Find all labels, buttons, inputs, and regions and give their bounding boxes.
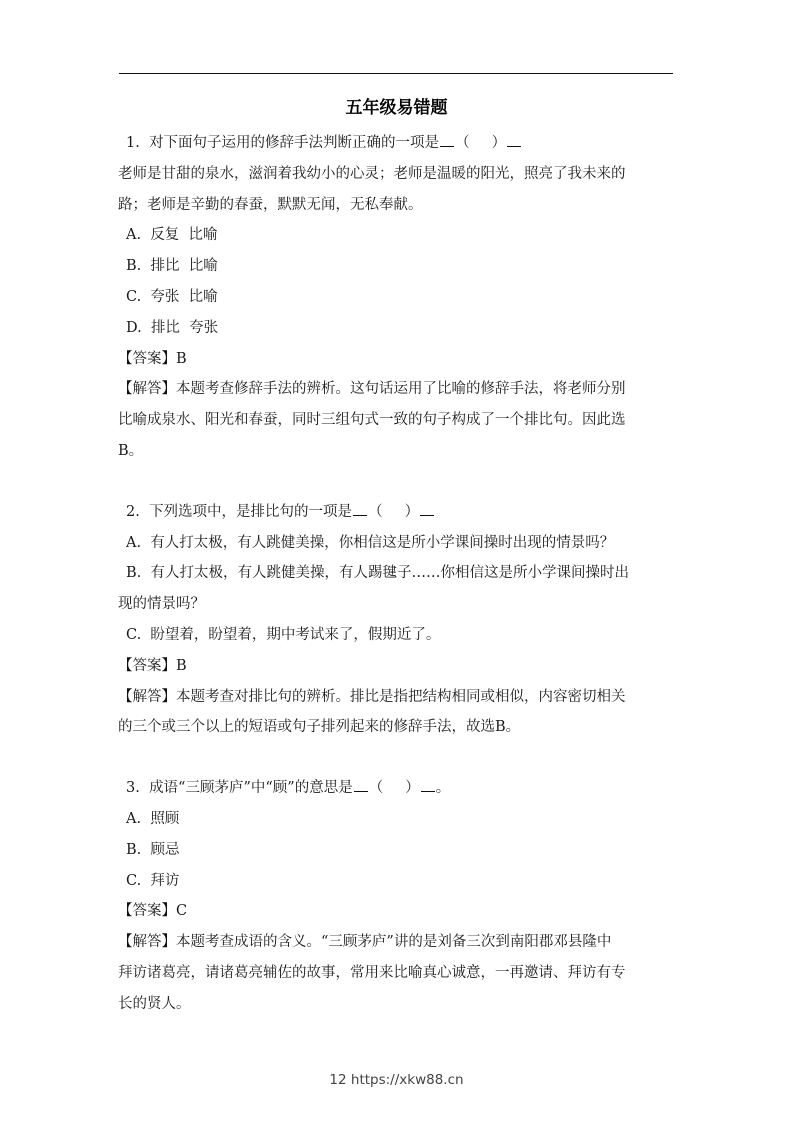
answer-label: 【答案】 [118, 351, 176, 367]
paren-close: ） [405, 504, 420, 520]
question-2: 2. 下列选项中，是排比句的一项是（） A. 有人打太极，有人跳健美操，你相信这… [118, 497, 676, 743]
option-label: A. [126, 811, 141, 827]
answer-blank [354, 777, 368, 792]
paren-close: ） [405, 780, 420, 796]
option-label: B. [126, 565, 141, 581]
answer-line: 【答案】B [118, 344, 676, 375]
explanation-line: 拜访诸葛亮，请诸葛亮辅佐的故事，常用来比喻真心诚意，一再邀请、拜访有专 [118, 958, 676, 989]
answer-blank [507, 132, 521, 147]
option-text: 照顾 [150, 811, 179, 827]
option-b: B. 顾忌 [118, 835, 676, 866]
question-number: 1. [126, 135, 140, 151]
answer-line: 【答案】B [118, 651, 676, 682]
option-text: 有人打太极，有人跳健美操，有人踢毽子……你相信这是所小学课间操时出 [150, 565, 629, 581]
option-a: A. 照顾 [118, 804, 676, 835]
answer-label: 【答案】 [118, 903, 176, 919]
question-stem: 2. 下列选项中，是排比句的一项是（） [118, 497, 676, 528]
header-rule [119, 73, 673, 74]
option-text: 顾忌 [150, 842, 179, 858]
option-a: A. 有人打太极，有人跳健美操，你相信这是所小学课间操时出现的情景吗？ [118, 528, 676, 559]
option-b: B. 有人打太极，有人跳健美操，有人踢毽子……你相信这是所小学课间操时出 [118, 558, 676, 589]
answer-blank [420, 501, 434, 516]
explanation-line: 比喻成泉水、阳光和春蚕，同时三组句式一致的句子构成了一个排比句。因此选 [118, 405, 676, 436]
option-c: C. 盼望着，盼望着，期中考试来了，假期近了。 [118, 620, 676, 651]
option-text: 有人打太极，有人跳健美操，你相信这是所小学课间操时出现的情景吗？ [150, 535, 614, 551]
option-label: A. [126, 535, 141, 551]
option-label: C. [126, 289, 141, 305]
explanation-line: 长的贤人。 [118, 989, 676, 1020]
option-text: 盼望着，盼望着，期中考试来了，假期近了。 [150, 627, 440, 643]
question-text: 对下面句子运用的修辞手法判断正确的一项是 [149, 135, 439, 151]
question-stem: 3. 成语“三顾茅庐”中“顾”的意思是（）。 [118, 773, 676, 804]
question-3: 3. 成语“三顾茅庐”中“顾”的意思是（）。 A. 照顾 B. 顾忌 C. 拜访… [118, 773, 676, 1019]
answer-value: B [176, 658, 187, 674]
option-label: C. [126, 627, 141, 643]
passage-line: 老师是甘甜的泉水，滋润着我幼小的心灵；老师是温暖的阳光，照亮了我未来的 [118, 159, 676, 190]
question-stem: 1. 对下面句子运用的修辞手法判断正确的一项是（） [118, 128, 676, 159]
paren-open: （ [369, 780, 384, 796]
answer-blank [353, 501, 367, 516]
explanation-text: 本题考查成语的含义。“三顾茅庐”讲的是刘备三次到南阳郡邓县隆中 [176, 934, 611, 950]
explanation-line: 【解答】本题考查修辞手法的辨析。这句话运用了比喻的修辞手法，将老师分别 [118, 374, 676, 405]
option-d: D. 排比 夸张 [118, 313, 676, 344]
answer-label: 【答案】 [118, 658, 176, 674]
question-text: 下列选项中，是排比句的一项是 [149, 504, 352, 520]
explanation-text: 本题考查对排比句的辨析。排比是指把结构相同或相似，内容密切相关 [176, 689, 626, 705]
option-text: 拜访 [150, 873, 179, 889]
paren-close: ） [492, 135, 507, 151]
answer-value: C [176, 903, 187, 919]
explanation-line: B。 [118, 436, 676, 467]
question-1: 1. 对下面句子运用的修辞手法判断正确的一项是（） 老师是甘甜的泉水，滋润着我幼… [118, 128, 676, 467]
explanation-line: 的三个或三个以上的短语或句子排列起来的修辞手法，故选B。 [118, 712, 676, 743]
option-c: C. 拜访 [118, 866, 676, 897]
page-footer: 12 https://xkw88.cn [0, 1070, 793, 1090]
footer-url[interactable]: https://xkw88.cn [351, 1072, 464, 1088]
explanation-text: 本题考查修辞手法的辨析。这句话运用了比喻的修辞手法，将老师分别 [176, 381, 626, 397]
explanation-label: 【解答】 [118, 381, 176, 397]
page-title: 五年级易错题 [0, 96, 793, 120]
option-label: B. [126, 842, 141, 858]
option-text: 反复 比喻 [150, 227, 217, 243]
stem-suffix: 。 [436, 780, 451, 796]
explanation-line: 【解答】本题考查对排比句的辨析。排比是指把结构相同或相似，内容密切相关 [118, 682, 676, 713]
option-b: B. 排比 比喻 [118, 251, 676, 282]
option-c: C. 夸张 比喻 [118, 282, 676, 313]
option-label: D. [126, 320, 142, 336]
paren-open: （ [368, 504, 383, 520]
answer-blank [421, 777, 435, 792]
paren-open: （ [455, 135, 470, 151]
option-text: 排比 比喻 [150, 258, 217, 274]
option-text: 夸张 比喻 [150, 289, 217, 305]
option-label: B. [126, 258, 141, 274]
answer-value: B [176, 351, 187, 367]
document-body: 1. 对下面句子运用的修辞手法判断正确的一项是（） 老师是甘甜的泉水，滋润着我幼… [118, 128, 676, 1050]
question-number: 3. [126, 780, 140, 796]
page-number: 12 [329, 1072, 346, 1088]
passage-line: 路；老师是辛勤的春蚕，默默无闻，无私奉献。 [118, 190, 676, 221]
option-text: 排比 夸张 [151, 320, 218, 336]
explanation-label: 【解答】 [118, 934, 176, 950]
option-label: A. [126, 227, 141, 243]
answer-blank [440, 132, 454, 147]
answer-line: 【答案】C [118, 896, 676, 927]
option-b-continuation: 现的情景吗？ [118, 589, 676, 620]
explanation-label: 【解答】 [118, 689, 176, 705]
option-a: A. 反复 比喻 [118, 220, 676, 251]
explanation-line: 【解答】本题考查成语的含义。“三顾茅庐”讲的是刘备三次到南阳郡邓县隆中 [118, 927, 676, 958]
question-number: 2. [126, 504, 140, 520]
option-label: C. [126, 873, 141, 889]
question-text: 成语“三顾茅庐”中“顾”的意思是 [149, 780, 353, 796]
